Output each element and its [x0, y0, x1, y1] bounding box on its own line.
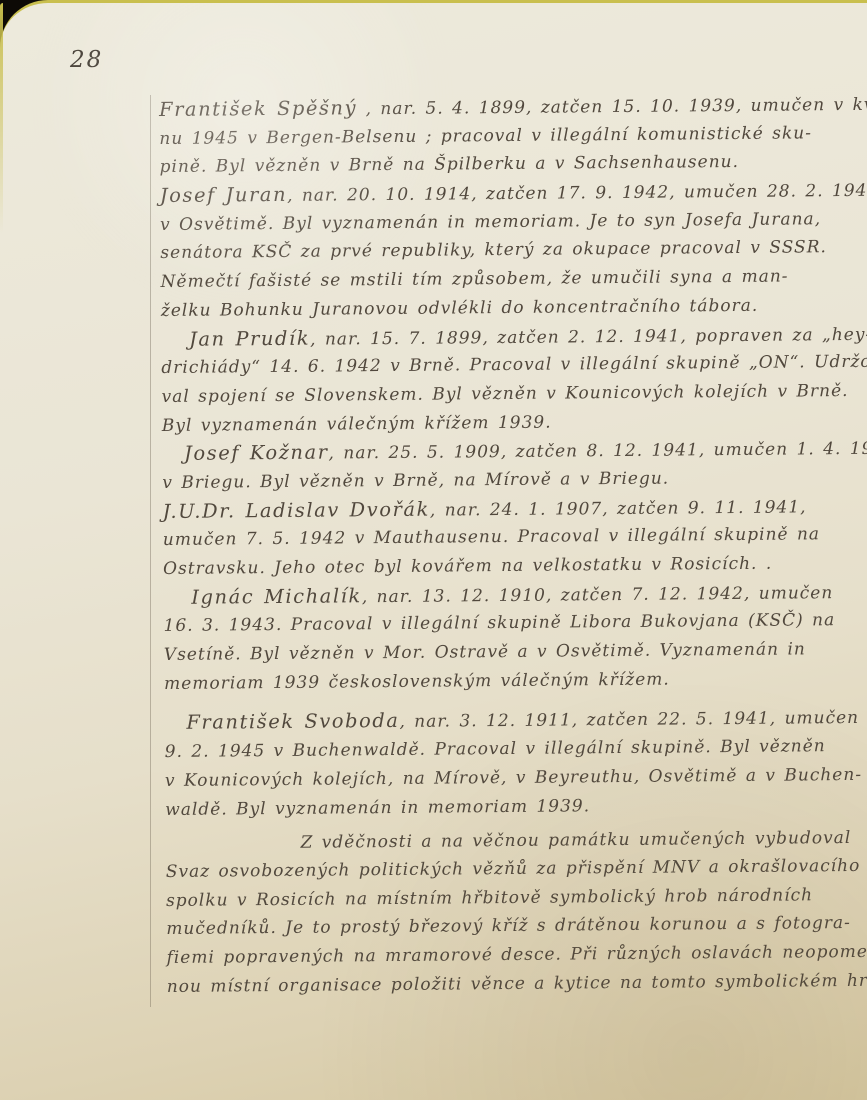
entry-name: Ignác Michalík — [191, 584, 362, 608]
entry-name: Jan Prudík — [189, 326, 310, 350]
entry-first-rest: , nar. 15. 7. 1899, zatčen 2. 12. 1941, … — [310, 324, 867, 349]
entry-name: J.U.Dr. Ladislav Dvořák — [163, 497, 430, 522]
entry-first-rest: , nar. 24. 1. 1907, zatčen 9. 11. 1941, — [430, 497, 807, 520]
entry: František Spěšný , nar. 5. 4. 1899, zatč… — [159, 90, 860, 182]
entry-name: Josef Juran — [160, 183, 287, 207]
margin-rule-line — [150, 95, 151, 1007]
manuscript-page: 28 František Spěšný , nar. 5. 4. 1899, z… — [0, 0, 867, 1100]
entry-first-rest: , nar. 25. 5. 1909, zatčen 8. 12. 1941, … — [328, 439, 867, 464]
entry-first-rest: Z vděčnosti a na věčnou památku umučenýc… — [300, 828, 851, 853]
entry-line: val spojení se Slovenskem. Byl vězněn v … — [162, 377, 862, 412]
entry-line: waldě. Byl vyznamenán in memoriam 1939. — [165, 789, 865, 824]
entry-line: Vsetíně. Byl vězněn v Mor. Ostravě a v O… — [164, 635, 864, 670]
entry: Ignác Michalík, nar. 13. 12. 1910, zatče… — [163, 578, 864, 699]
entry-first-rest: , nar. 5. 4. 1899, zatčen 15. 10. 1939, … — [357, 95, 867, 120]
entry: Josef Kožnar, nar. 25. 5. 1909, zatčen 8… — [162, 434, 862, 497]
handwritten-text-block: František Spěšný , nar. 5. 4. 1899, zatč… — [159, 90, 867, 1001]
entry-name: František Svoboda — [186, 709, 399, 734]
entry-first-rest: , nar. 20. 10. 1914, zatčen 17. 9. 1942,… — [287, 181, 867, 206]
entry-name: František Spěšný — [159, 96, 357, 121]
entry-first-rest: , nar. 3. 12. 1911, zatčen 22. 5. 1941, … — [399, 708, 859, 732]
page-number: 28 — [70, 47, 103, 73]
entry-name: Josef Kožnar — [184, 441, 329, 465]
entry: František Svoboda, nar. 3. 12. 1911, zat… — [164, 703, 865, 824]
entry-first-rest: , nar. 13. 12. 1910, zatčen 7. 12. 1942,… — [362, 583, 834, 607]
entry-first-line: Josef Kožnar, nar. 25. 5. 1909, zatčen 8… — [162, 434, 862, 469]
entry: Jan Prudík, nar. 15. 7. 1899, zatčen 2. … — [161, 319, 862, 440]
closing-paragraph: Z vděčnosti a na věčnou památku umučenýc… — [165, 823, 866, 1001]
entry-line: memoriam 1939 československým válečným k… — [164, 664, 864, 699]
entry-line: nou místní organisace položiti věnce a k… — [167, 966, 867, 1001]
entry: J.U.Dr. Ladislav Dvořák, nar. 24. 1. 190… — [163, 492, 864, 584]
entry-line: v Kounicových kolejích, na Mírově, v Bey… — [165, 761, 865, 796]
entry: Josef Juran, nar. 20. 10. 1914, zatčen 1… — [160, 176, 861, 326]
